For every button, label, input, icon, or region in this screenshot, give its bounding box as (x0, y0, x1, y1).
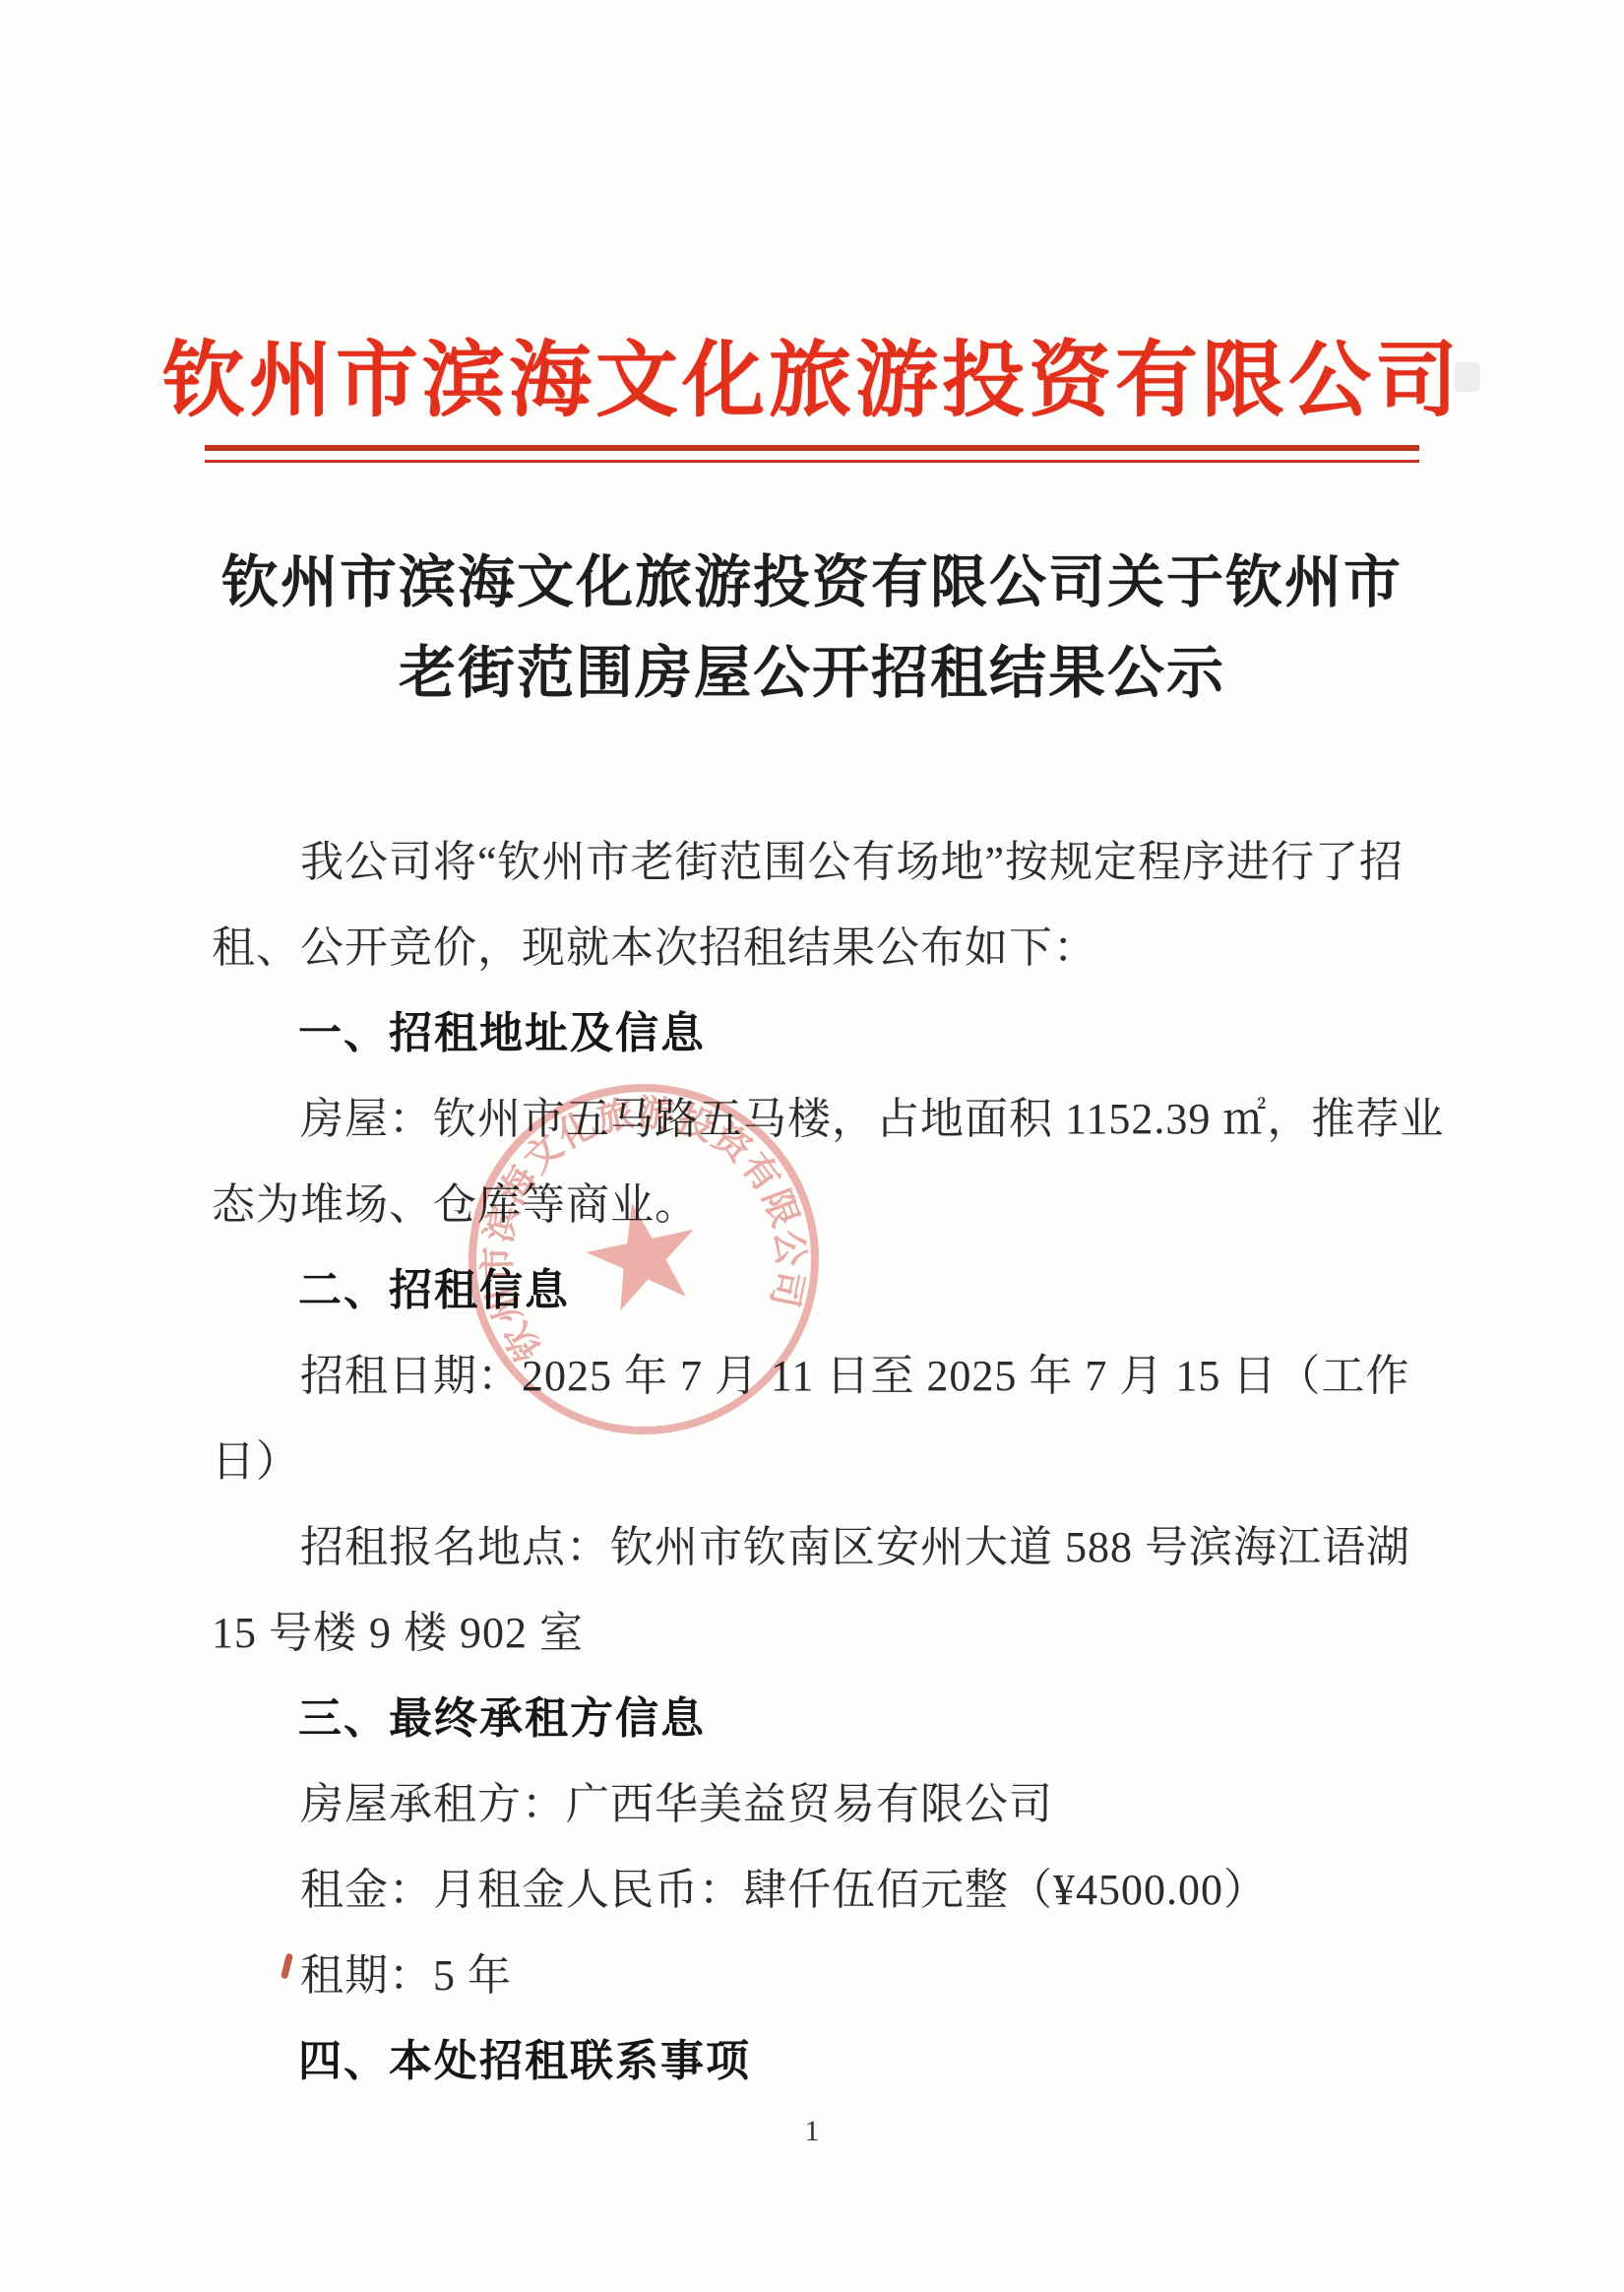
document-title: 钦州市滨海文化旅游投资有限公司关于钦州市 老街范围房屋公开招租结果公示 (0, 538, 1624, 719)
intro-line-2: 租、公开竞价，现就本次招租结果公布如下： (212, 905, 1427, 990)
section-1-heading: 一、招租地址及信息 (212, 990, 1427, 1076)
red-rule-thin (205, 460, 1419, 463)
letterhead-company-name: 钦州市滨海文化旅游投资有限公司 (0, 333, 1624, 431)
section-4-heading: 四、本处招租联系事项 (212, 2018, 1427, 2104)
venue-line-2: 15 号楼 9 楼 902 室 (212, 1590, 1427, 1676)
red-rule-thick (205, 445, 1419, 451)
rent-line: 租金：月租金人民币：肆仟伍佰元整（¥4500.00） (212, 1847, 1427, 1933)
letterhead-rules (205, 445, 1419, 463)
section-2-heading: 二、招租信息 (212, 1247, 1427, 1333)
page-number: 1 (0, 2115, 1624, 2148)
document-title-line-2: 老街范围房屋公开招租结果公示 (0, 628, 1624, 719)
address-line-2: 态为堆场、仓库等商业。 (212, 1162, 1427, 1247)
address-line-1: 房屋：钦州市五马路五马楼，占地面积 1152.39 ㎡，推荐业 (212, 1076, 1427, 1162)
intro-line-1: 我公司将“钦州市老街范围公有场地”按规定程序进行了招 (212, 819, 1427, 905)
document-body: 我公司将“钦州市老街范围公有场地”按规定程序进行了招 租、公开竞价，现就本次招租… (212, 819, 1427, 2104)
document-page: 钦州市滨海文化旅游投资有限公司 钦州市滨海文化旅游投资有限公司关于钦州市 老街范… (0, 0, 1624, 2292)
date-line-2: 日） (212, 1419, 1427, 1504)
document-title-line-1: 钦州市滨海文化旅游投资有限公司关于钦州市 (0, 538, 1624, 628)
scan-smudge (1455, 362, 1480, 392)
section-3-heading: 三、最终承租方信息 (212, 1676, 1427, 1761)
term-line: 租期：5 年 (212, 1933, 1427, 2018)
venue-line-1: 招租报名地点：钦州市钦南区安州大道 588 号滨海江语湖 (212, 1504, 1427, 1590)
tenant-line: 房屋承租方：广西华美益贸易有限公司 (212, 1761, 1427, 1847)
date-line-1: 招租日期：2025 年 7 月 11 日至 2025 年 7 月 15 日（工作 (212, 1333, 1427, 1419)
